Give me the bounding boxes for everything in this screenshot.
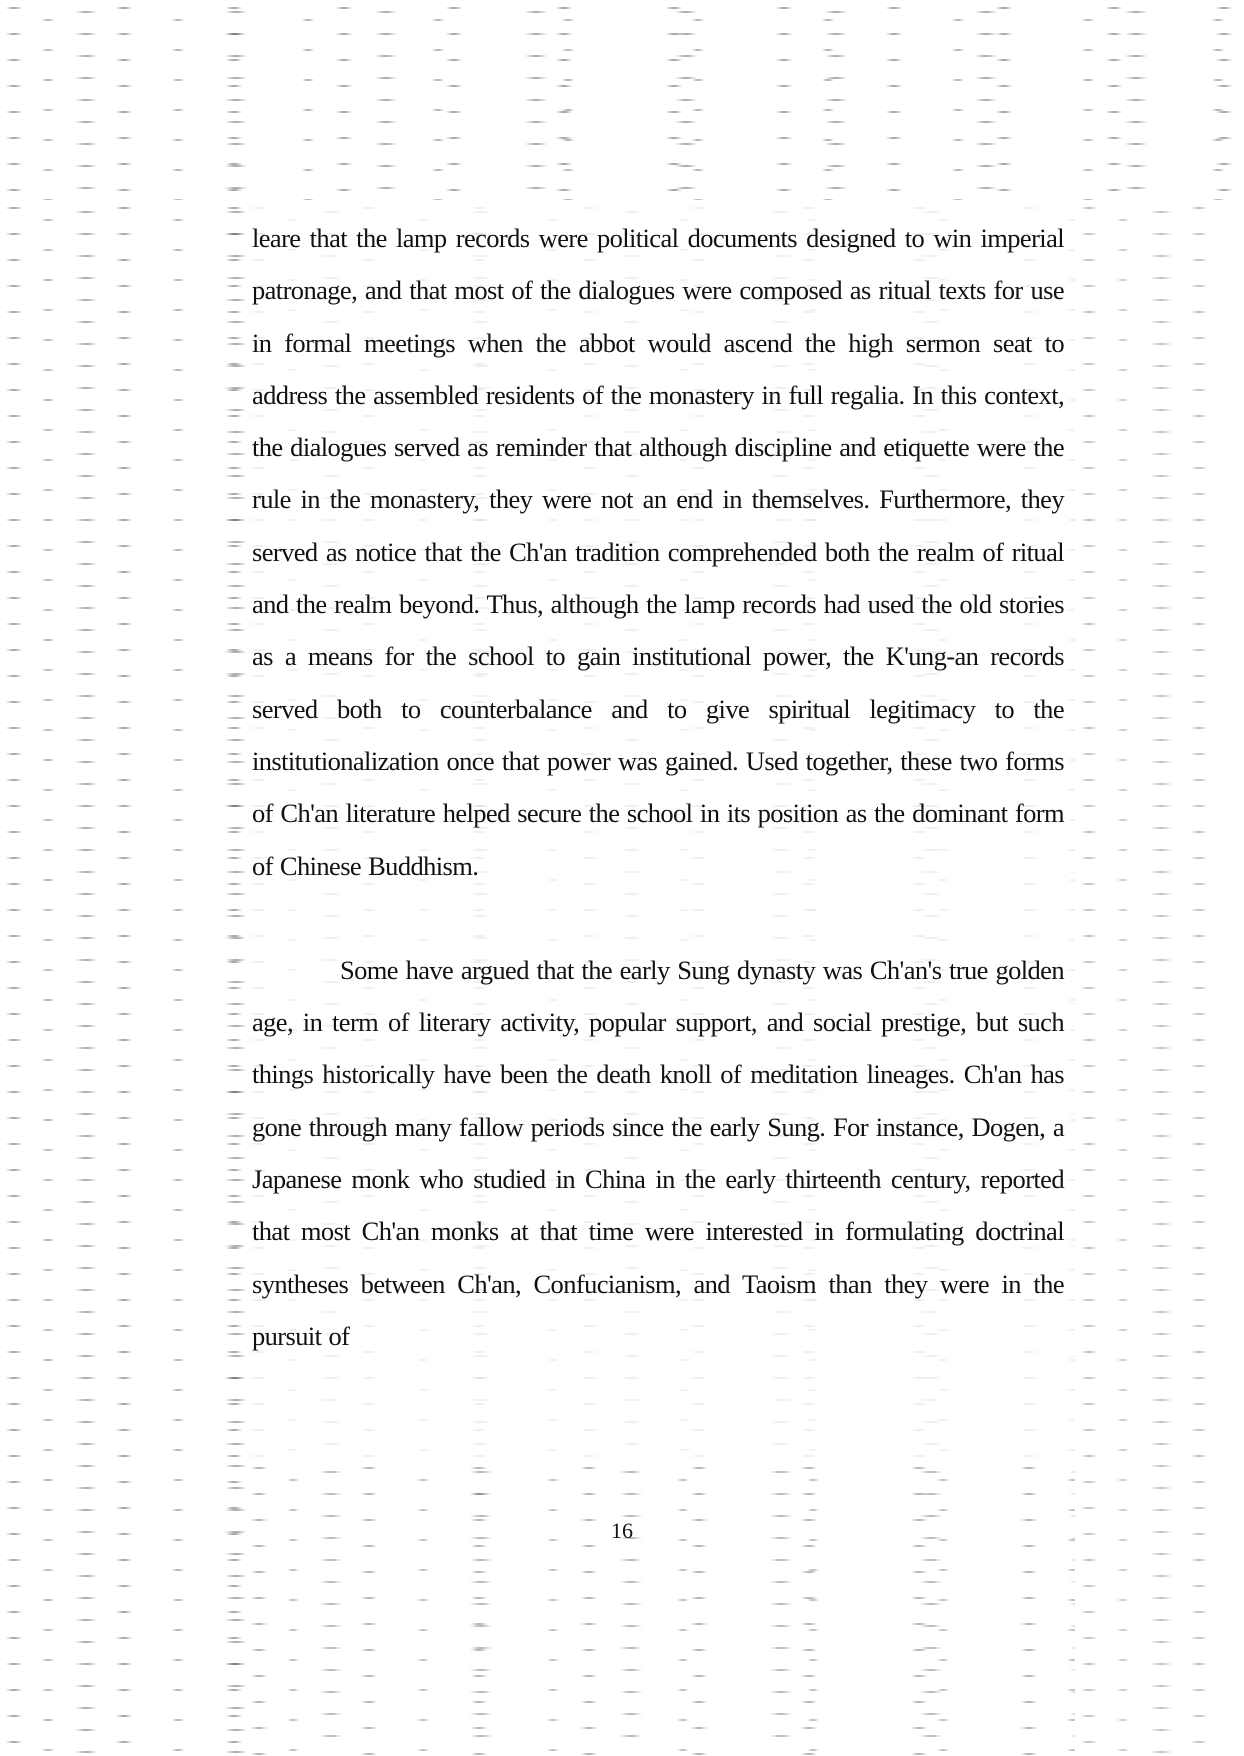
scan-noise-top (0, 0, 1244, 200)
page-number: 16 (0, 1518, 1244, 1544)
paragraph-continued: leare that the lamp records were politic… (252, 212, 1064, 892)
page-body: leare that the lamp records were politic… (252, 212, 1064, 1362)
scan-noise-bottom (245, 1460, 1075, 1756)
paragraph: Some have argued that the early Sung dyn… (252, 944, 1064, 1362)
